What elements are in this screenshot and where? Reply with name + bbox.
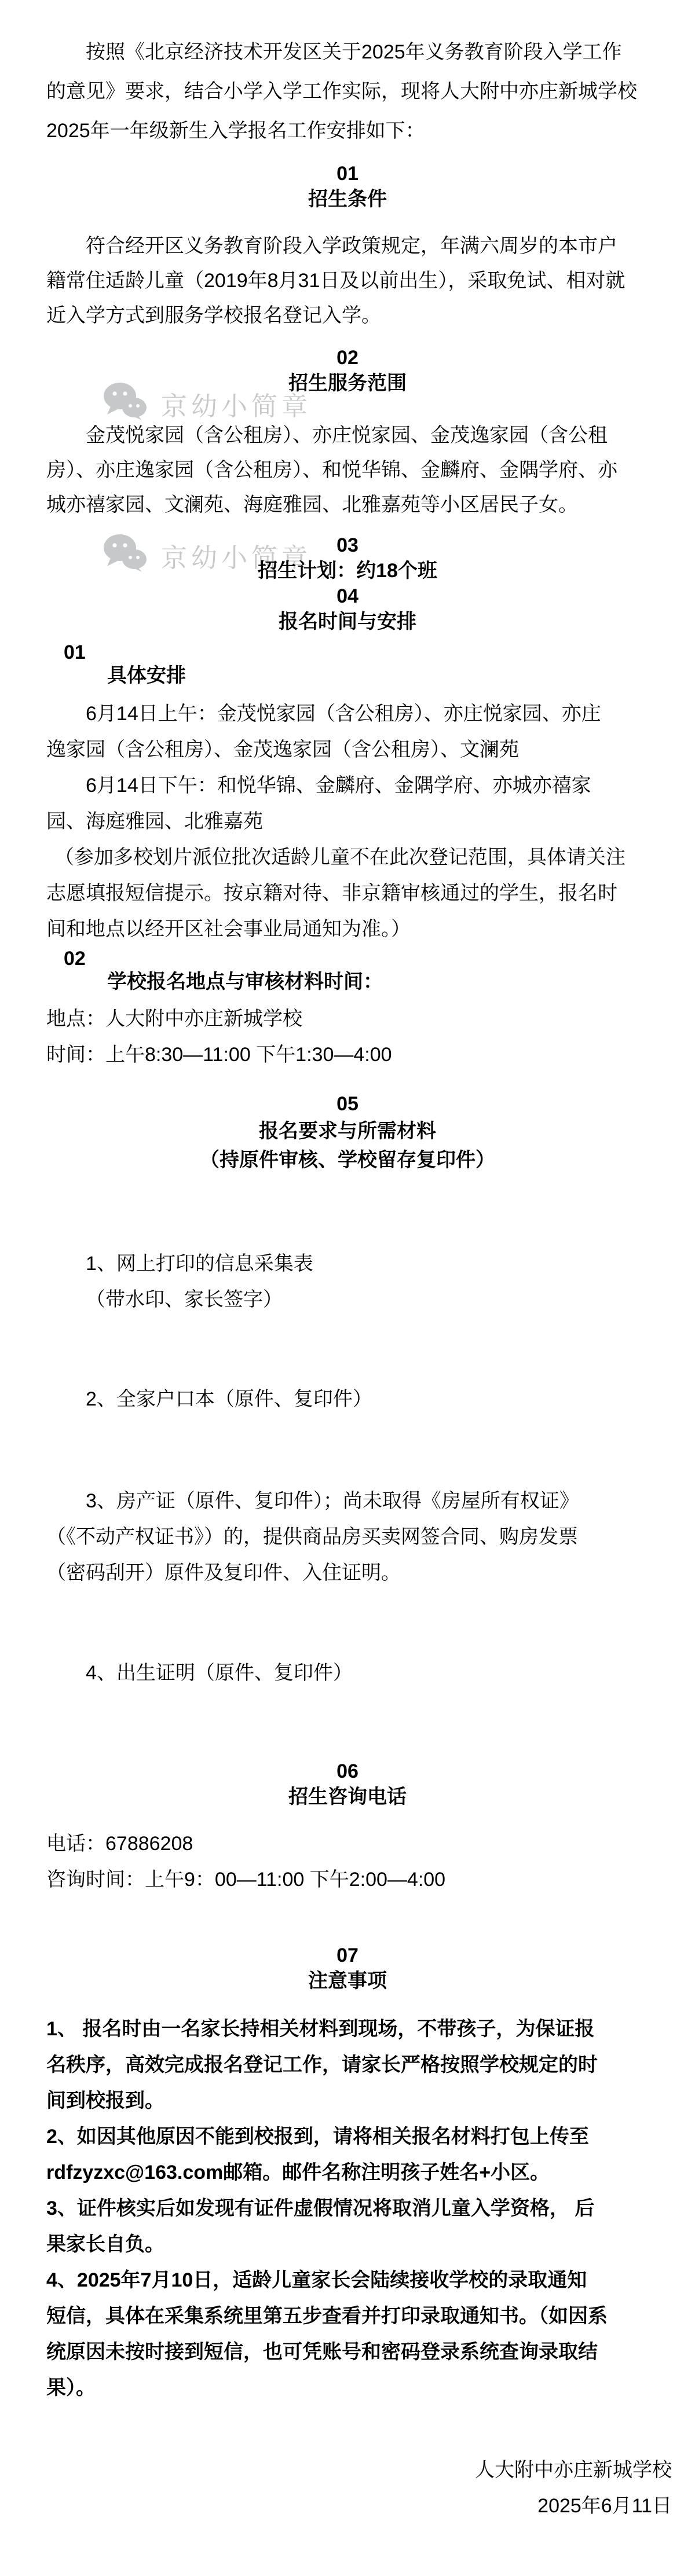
note-line: 1、 报名时由一名家长持相关材料到现场，不带孩子，为保证报 <box>46 2011 649 2047</box>
document-body: 按照《北京经济技术开发区关于2025年义务教育阶段入学工作 的意见》要求，结合小… <box>0 0 695 2576</box>
section-title: 报名时间与安排 <box>46 609 649 634</box>
note-line: 间到校报到。 <box>46 2083 649 2119</box>
section-header-4: 04 报名时间与安排 <box>46 584 649 634</box>
body-line: （《不动产权证书》）的，提供商品房买卖网签合同、购房发票 <box>46 1519 649 1555</box>
signature-block: 人大附中亦庄新城学校 2025年6月11日 <box>46 2452 672 2524</box>
body-line: 籍常住适龄儿童（2019年8月31日及以前出生），采取免试、相对就 <box>46 263 649 298</box>
subsection-header-2: 02 学校报名地点与审核材料时间： <box>46 947 649 993</box>
location-line: 地点：人大附中亦庄新城学校 <box>46 1001 649 1037</box>
section-title: 招生条件 <box>46 186 649 212</box>
material-item-2: 2、全家户口本（原件、复印件） <box>46 1381 649 1417</box>
section-title: 报名要求与所需材料 <box>46 1117 649 1146</box>
subsection-title: 学校报名地点与审核材料时间： <box>107 970 649 993</box>
section-number: 03 <box>46 533 649 558</box>
section-header-2: 02 招生服务范围 <box>46 345 649 396</box>
body-line: 3、房产证（原件、复印件）；尚未取得《房屋所有权证》 <box>46 1483 649 1519</box>
subsection-title: 具体安排 <box>107 664 649 687</box>
body-line: （密码刮开）原件及复印件、入住证明。 <box>46 1555 649 1591</box>
note-line: rdfzyzxc@163.com邮箱。邮件名称注明孩子姓名+小区。 <box>46 2155 649 2190</box>
note-line: 2、如因其他原因不能到校报到，请将相关报名材料打包上传至 <box>46 2119 649 2155</box>
subsection-number: 01 <box>64 641 649 664</box>
location-time-paragraph: 地点：人大附中亦庄新城学校 时间：上午8:30—11:00 下午1:30—4:0… <box>46 1001 649 1073</box>
body-line: （参加多校划片派位批次适龄儿童不在此次登记范围，具体请关注 <box>46 839 649 875</box>
note-line: 3、证件核实后如发现有证件虚假情况将取消儿童入学资格， 后 <box>46 2190 649 2226</box>
section-header-7: 07 注意事项 <box>46 1943 649 1994</box>
intro-line: 按照《北京经济技术开发区关于2025年义务教育阶段入学工作 <box>46 32 649 72</box>
body-line: 6月14日下午：和悦华锦、金麟府、金隅学府、亦城亦禧家 <box>46 768 649 803</box>
notes-paragraph: 1、 报名时由一名家长持相关材料到现场，不带孩子，为保证报 名秩序，高效完成报名… <box>46 2011 649 2406</box>
section-header-5: 05 报名要求与所需材料 （持原件审核、学校留存复印件） <box>46 1091 649 1175</box>
section-number: 02 <box>46 345 649 370</box>
body-line: 逸家园（含公租房）、金茂逸家园（含公租房）、文澜苑 <box>46 732 649 768</box>
note-line: 名秩序，高效完成报名登记工作，请家长严格按照学校规定的时 <box>46 2047 649 2083</box>
intro-line: 2025年一年级新生入学报名工作安排如下： <box>46 111 649 151</box>
section-subtitle: （持原件审核、学校留存复印件） <box>46 1146 649 1175</box>
consult-time-line: 咨询时间：上午9：00—11:00 下午2:00—4:00 <box>46 1862 649 1898</box>
section-header-6: 06 招生咨询电话 <box>46 1759 649 1810</box>
note-line: 果家长自负。 <box>46 2226 649 2262</box>
body-line: 间和地点以经开区社会事业局通知为准。） <box>46 911 649 947</box>
section-number: 07 <box>46 1943 649 1968</box>
section-header-3: 03 招生计划：约18个班 <box>46 533 649 584</box>
section-number: 04 <box>46 584 649 609</box>
material-item-1: 1、网上打印的信息采集表 （带水印、家长签字） <box>46 1246 649 1318</box>
body-line: 2、全家户口本（原件、复印件） <box>46 1381 649 1417</box>
section-number: 05 <box>46 1091 649 1117</box>
body-line: 志愿填报短信提示。按京籍对待、非京籍审核通过的学生，报名时 <box>46 875 649 911</box>
service-area-paragraph: 金茂悦家园（含公租房）、亦庄悦家园、金茂逸家园（含公租 房）、亦庄逸家园（含公租… <box>46 418 649 522</box>
body-line: 城亦禧家园、文澜苑、海庭雅园、北雅嘉苑等小区居民子女。 <box>46 487 649 522</box>
section-title: 招生计划：约18个班 <box>46 558 649 584</box>
subsection-header-1: 01 具体安排 <box>46 641 649 687</box>
signature-date: 2025年6月11日 <box>46 2488 672 2524</box>
body-line: 园、海庭雅园、北雅嘉苑 <box>46 803 649 839</box>
time-line: 时间：上午8:30—11:00 下午1:30—4:00 <box>46 1037 649 1073</box>
intro-paragraph: 按照《北京经济技术开发区关于2025年义务教育阶段入学工作 的意见》要求，结合小… <box>46 32 649 151</box>
body-line: 近入学方式到服务学校报名登记入学。 <box>46 298 649 333</box>
section-title: 招生咨询电话 <box>46 1784 649 1810</box>
section-title: 注意事项 <box>46 1968 649 1994</box>
body-line: 1、网上打印的信息采集表 <box>46 1246 649 1282</box>
body-line: 4、出生证明（原件、复印件） <box>46 1655 649 1691</box>
body-line: 符合经开区义务教育阶段入学政策规定，年满六周岁的本市户 <box>46 229 649 263</box>
note-line: 统原因未按时接到短信，也可凭账号和密码登录系统查询录取结 <box>46 2334 649 2370</box>
note-line: 果）。 <box>46 2370 649 2406</box>
note-line: 短信，具体在采集系统里第五步查看并打印录取通知书。（如因系 <box>46 2298 649 2334</box>
body-line: （带水印、家长签字） <box>46 1282 649 1318</box>
enrollment-conditions-paragraph: 符合经开区义务教育阶段入学政策规定，年满六周岁的本市户 籍常住适龄儿童（2019… <box>46 229 649 333</box>
phone-line: 电话：67886208 <box>46 1826 649 1862</box>
section-title: 招生服务范围 <box>46 370 649 396</box>
body-line: 金茂悦家园（含公租房）、亦庄悦家园、金茂逸家园（含公租 <box>46 418 649 453</box>
material-item-3: 3、房产证（原件、复印件）；尚未取得《房屋所有权证》 （《不动产权证书》）的，提… <box>46 1483 649 1591</box>
body-line: 6月14日上午：金茂悦家园（含公租房）、亦庄悦家园、亦庄 <box>46 696 649 732</box>
contact-paragraph: 电话：67886208 咨询时间：上午9：00—11:00 下午2:00—4:0… <box>46 1826 649 1898</box>
subsection-number: 02 <box>64 947 649 970</box>
note-line: 4、2025年7月10日，适龄儿童家长会陆续接收学校的录取通知 <box>46 2262 649 2298</box>
section-number: 01 <box>46 161 649 186</box>
intro-line: 的意见》要求，结合小学入学工作实际，现将人大附中亦庄新城学校 <box>46 72 649 111</box>
enrollment-notice-document: 京幼小简章 京幼小简章 按照《北京经济 <box>0 0 695 2576</box>
schedule-paragraph: 6月14日上午：金茂悦家园（含公租房）、亦庄悦家园、亦庄 逸家园（含公租房）、金… <box>46 696 649 947</box>
material-item-4: 4、出生证明（原件、复印件） <box>46 1655 649 1691</box>
section-number: 06 <box>46 1759 649 1784</box>
body-line: 房）、亦庄逸家园（含公租房）、和悦华锦、金麟府、金隅学府、亦 <box>46 453 649 487</box>
section-header-1: 01 招生条件 <box>46 161 649 212</box>
signature-school: 人大附中亦庄新城学校 <box>46 2452 672 2488</box>
